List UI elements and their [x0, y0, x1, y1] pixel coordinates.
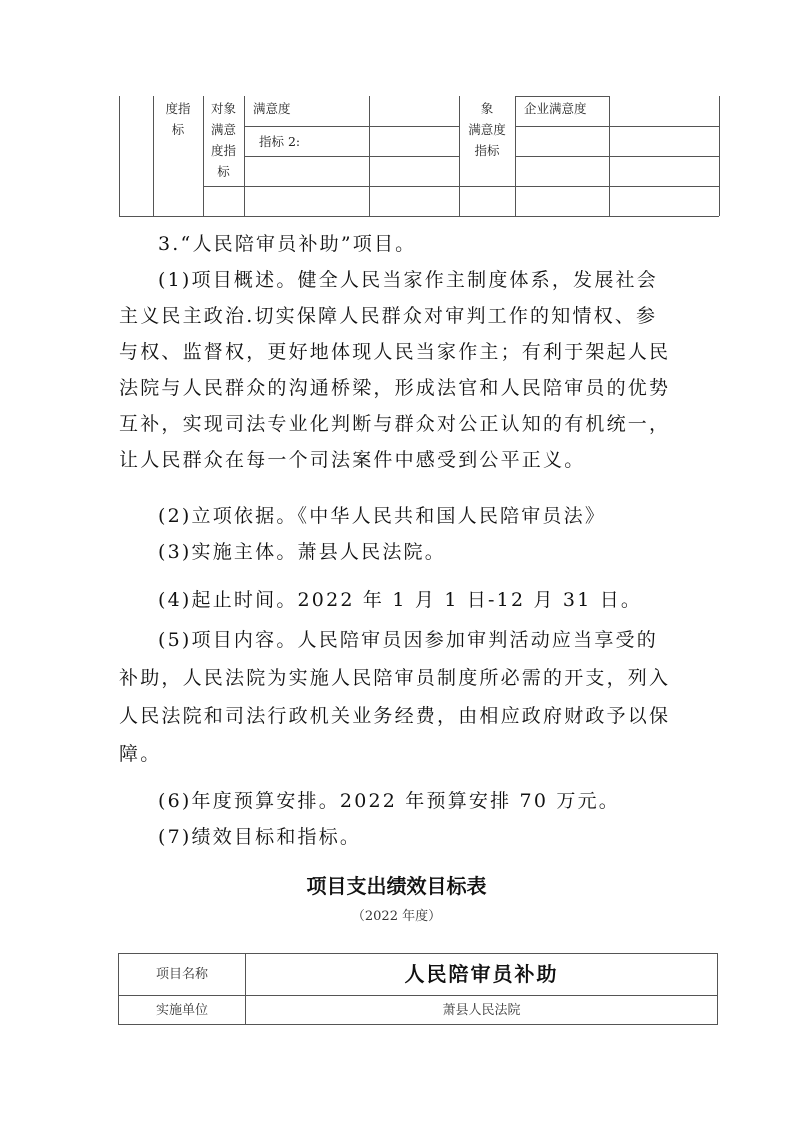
- indicator-2: 指标 2:: [259, 131, 300, 152]
- overview-line: 互补，实现司法专业化判断与群众对公正认知的有机统一，: [119, 406, 719, 442]
- project-target-table: 项目名称 人民陪审员补助 实施单位 萧县人民法院: [118, 953, 718, 1025]
- label-line: 满意: [203, 119, 244, 140]
- budget-paragraph: (6)年度预算安排。2022 年预算安排 70 万元。: [158, 783, 758, 819]
- overview-line: 让人民群众在每一个司法案件中感受到公平正义。: [119, 442, 719, 478]
- goals-paragraph: (7)绩效目标和指标。: [158, 819, 758, 855]
- project-name-value: 人民陪审员补助: [246, 954, 717, 995]
- content-line: (5)项目内容。人民陪审员因参加审判活动应当享受的: [158, 622, 758, 658]
- right-satisfaction-label: 象 满意度 指标: [459, 98, 515, 161]
- content-line: 障。: [119, 736, 719, 772]
- enterprise-satisfaction: 企业满意度: [524, 98, 587, 119]
- table-border: [719, 96, 720, 216]
- implementer-paragraph: (3)实施主体。萧县人民法院。: [158, 534, 758, 570]
- implementer-value: 萧县人民法院: [246, 996, 717, 1025]
- indicator-satisfaction: 满意度: [253, 98, 291, 119]
- table-year: （2022 年度）: [0, 905, 793, 924]
- table-border: [515, 96, 609, 97]
- content-line: 补助，人民法院为实施人民陪审员制度所必需的开支，列入: [119, 660, 719, 696]
- table-border: [119, 216, 719, 217]
- overview-line: (1)项目概述。健全人民当家作主制度体系，发展社会: [158, 262, 758, 298]
- table-border: [244, 156, 459, 157]
- label-line: 满意度: [459, 119, 515, 140]
- table-border: [515, 156, 719, 157]
- table-title: 项目支出绩效目标表: [0, 870, 793, 899]
- overview-line: 法院与人民群众的沟通桥梁，形成法官和人民陪审员的优势: [119, 370, 719, 406]
- basis-paragraph: (2)立项依据。《中华人民共和国人民陪审员法》: [158, 498, 758, 534]
- label-line: 度指: [153, 98, 203, 119]
- satisfaction-indicator-label: 对象 满意 度指 标: [203, 98, 244, 182]
- overview-line: 主义民主政治.切实保障人民群众对审判工作的知情权、参: [119, 298, 719, 334]
- label-line: 对象: [203, 98, 244, 119]
- label-line: 标: [153, 119, 203, 140]
- label-line: 指标: [459, 140, 515, 161]
- table-border: [244, 126, 459, 127]
- period-paragraph: (4)起止时间。2022 年 1 月 1 日-12 月 31 日。: [158, 582, 758, 618]
- table-border: [515, 126, 719, 127]
- section-heading: 3.“人民陪审员补助”项目。: [158, 226, 758, 262]
- label-line: 象: [459, 98, 515, 119]
- table-border: [119, 96, 120, 216]
- project-name-label: 项目名称: [119, 954, 245, 995]
- label-line: 度指: [203, 140, 244, 161]
- overview-line: 与权、监督权，更好地体现人民当家作主；有利于架起人民: [119, 334, 719, 370]
- label-line: 标: [203, 161, 244, 182]
- table-border: [203, 186, 719, 187]
- content-line: 人民法院和司法行政机关业务经费，由相应政府财政予以保: [119, 698, 719, 734]
- indicator-category-label: 度指 标: [153, 98, 203, 140]
- implementer-label: 实施单位: [119, 996, 245, 1025]
